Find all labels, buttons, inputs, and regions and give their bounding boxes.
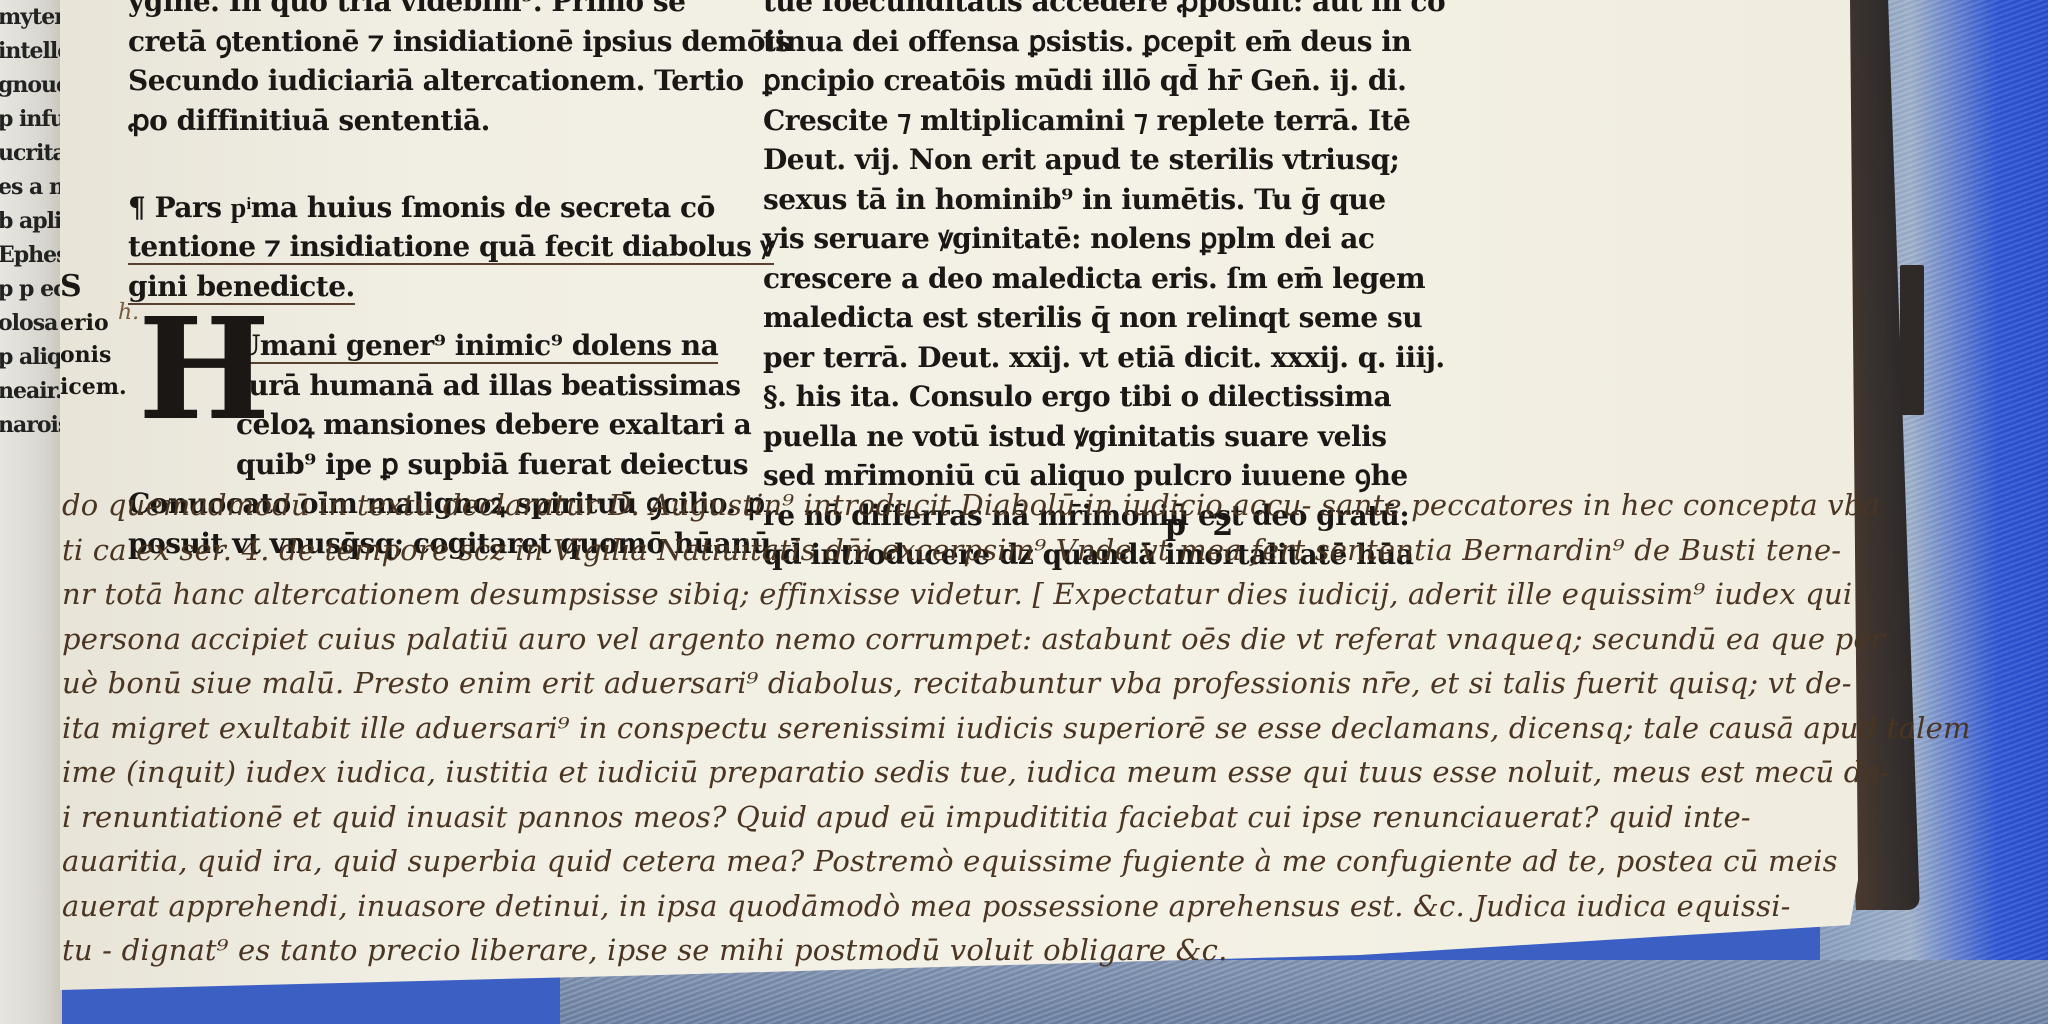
book-clasp [1900,265,1924,415]
printed-line: Deut. vij. Non erit apud te sterilis vtr… [763,140,1445,180]
printed-line: puella ne votū istud ꝟginitatis suare ve… [763,417,1445,457]
facing-line: b aplica [0,204,62,238]
facing-line: ucrita a f [0,136,62,170]
facing-line: neair.q [0,374,62,408]
manuscript-line: ti ca ex ser. 4. de tempore scz in Vigil… [62,528,1882,573]
manuscript-annotation: do quemadmodū in textu declaratur D. Aug… [62,483,1882,973]
facing-line: intellectu [0,34,62,68]
printed-line: maledicta est sterilis q̄ non relinqt se… [763,298,1445,338]
rubric-text: tentione ⁊ insidiatione quā fecit diabol… [128,230,774,265]
rubric-line: ¶ Pars pͥma huius ſmonis de secreta cō [128,188,790,228]
margin-note-line: erio [60,308,109,338]
printed-line: Crescite ⁊ mltiplicamini ⁊ replete terrā… [763,101,1445,141]
printed-line: per terrā. Deut. xxij. vt etiā dicit. xx… [763,338,1445,378]
facing-line: p p eccl [0,272,62,306]
manuscript-line: persona accipiet cuius palatiū auro vel … [62,617,1882,662]
margin-note-line: onis [60,340,111,370]
printed-line: ꝓo diffinitiuā sententiā. [128,101,790,141]
facing-line: narois p [0,408,62,442]
facing-line: p aliqd [0,340,62,374]
manuscript-line: auerat apprehendi, inuasore detinui, in … [62,884,1882,929]
manuscript-line: tu - dignat⁹ es tanto precio liberare, i… [62,928,1882,973]
rubric-line: tentione ⁊ insidiatione quā fecit diabol… [128,227,790,267]
manuscript-line: uè bonū siue malū. Presto enim erit adue… [62,661,1882,706]
manuscript-line: nr totā hanc altercationem desumpsisse s… [62,572,1882,617]
printed-line: cretā ꝯtentionē ⁊ insidiationē ipsius de… [128,22,790,62]
decorated-initial: H [138,305,250,435]
facing-line: Ephesi [0,238,62,272]
printed-line: tinua dei offensa ꝑsistis. ꝑcepit em̄ de… [763,22,1445,62]
facing-line: p infusa [0,102,62,136]
facing-page-fragment: mytene intellectu gnouerit p infusa ucri… [0,0,62,1024]
margin-letter: S [60,272,82,302]
printed-column-left: ygine. In quo tria videbim⁹. Primo se cr… [128,0,790,563]
manuscript-line: i renuntiationē et quid inuasit pannos m… [62,795,1882,840]
rubric-text: ¶ Pars pͥma huius ſmonis de secreta cō [128,191,715,224]
printed-line: crescere a deo maledicta eris. ſm em̄ le… [763,259,1445,299]
printed-line: ꝑncipio creatōis mūdi illō qd̄ hr̄ Gen̄.… [763,61,1445,101]
signature-mark: p 2 [1165,508,1241,543]
facing-line: es a medi [0,170,62,204]
guide-letter: h. [118,300,139,325]
facing-line: mytene [0,0,62,34]
facing-line: gnouerit [0,68,62,102]
facing-line: olosa q [0,306,62,340]
printed-line: Secundo iudiciariā altercationem. Tertio [128,61,790,101]
body-text: Umani gener⁹ inimic⁹ dolens na [236,329,718,364]
manuscript-line: ime (inquit) iudex iudica, iustitia et i… [62,750,1882,795]
manuscript-line: ita migret exultabit ille aduersari⁹ in … [62,706,1882,751]
printed-line: §. his ita. Consulo ergo tibi o dilectis… [763,377,1445,417]
margin-note-line: icem. [60,372,127,402]
printed-line: vis seruare ꝟginitatē: nolens ꝑplm dei a… [763,219,1445,259]
body-text: turā humanā ad illas beatissimas [236,369,741,402]
printed-line: sexus tā in hominib⁹ in iumētis. Tu ḡ qu… [763,180,1445,220]
manuscript-line: auaritia, quid ira, quid superbia quid c… [62,839,1882,884]
manuscript-line: do quemadmodū in textu declaratur D. Aug… [62,483,1882,528]
printed-line: tue foecunditatis accedere ꝓposuit: aut … [763,0,1445,22]
printed-line: ygine. In quo tria videbim⁹. Primo se [128,0,790,22]
